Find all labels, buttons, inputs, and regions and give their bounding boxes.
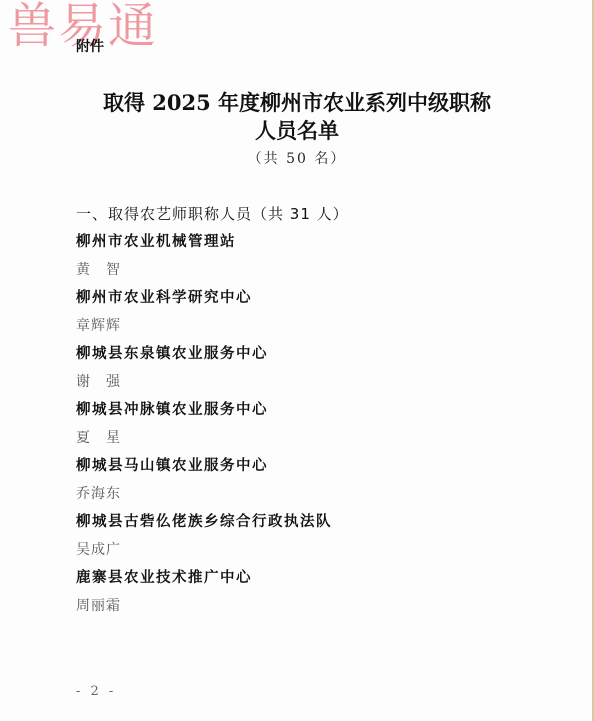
person-name: 乔海东 <box>76 483 536 511</box>
person-name: 谢 强 <box>76 371 536 399</box>
section-heading: 一、取得农艺师职称人员（共 31 人） <box>76 203 536 231</box>
person-name: 夏 星 <box>76 427 536 455</box>
person-name: 吴成广 <box>76 539 536 567</box>
unit-name: 柳城县马山镇农业服务中心 <box>76 455 536 483</box>
document-title-line-1: 取得 2025 年度柳州市农业系列中级职称 <box>0 87 594 117</box>
attachment-label: 附件 <box>76 36 104 56</box>
person-name: 周丽霜 <box>76 595 536 623</box>
unit-name: 柳城县东泉镇农业服务中心 <box>76 343 536 371</box>
person-name: 章辉辉 <box>76 315 536 343</box>
page-number: - 2 - <box>76 684 116 699</box>
unit-name: 鹿寨县农业技术推广中心 <box>76 567 536 595</box>
unit-name: 柳州市农业科学研究中心 <box>76 287 536 315</box>
unit-name: 柳城县古砦仫佬族乡综合行政执法队 <box>76 511 536 539</box>
unit-name: 柳州市农业机械管理站 <box>76 231 536 259</box>
document-title-line-2: 人员名单 <box>0 115 594 145</box>
person-name: 黄 智 <box>76 259 536 287</box>
name-list: 一、取得农艺师职称人员（共 31 人） 柳州市农业机械管理站 黄 智 柳州市农业… <box>76 203 536 623</box>
unit-name: 柳城县冲脉镇农业服务中心 <box>76 399 536 427</box>
total-count: （共 50 名） <box>0 148 594 168</box>
